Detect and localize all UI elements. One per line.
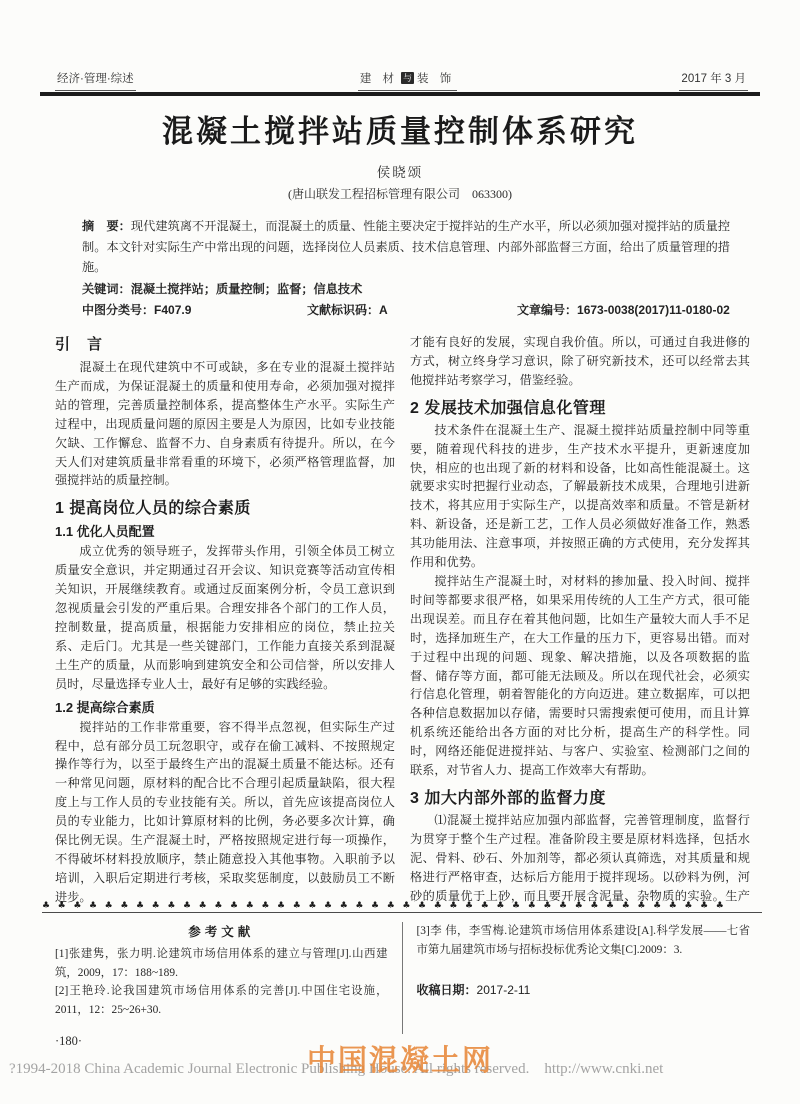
- reference-item-3: [3]李 伟，李雪梅.论建筑市场信用体系建设[A].科学发展——七省市第九届建筑…: [417, 922, 751, 959]
- abstract-text: 现代建筑离不开混凝土，而混凝土的质量、性能主要决定于搅拌站的生产水平，所以必须加…: [82, 219, 730, 274]
- author-affiliation: (唐山联发工程招标管理有限公司 063300): [0, 185, 800, 202]
- journal-name-pre: 建 材: [360, 70, 398, 86]
- section-1-heading: 1 提高岗位人员的综合素质: [55, 495, 395, 518]
- reference-item-2: [2]王艳玲.论我国建筑市场信用体系的完善[J].中国住宅设施，2011，12：…: [55, 982, 388, 1019]
- references-left-column: 参考文献 [1]张建隽，张力明.论建筑市场信用体系的建立与管理[J].山西建筑，…: [55, 922, 403, 1034]
- left-column: 引 言 混凝土在现代建筑中不可或缺，多在专业的混凝土搅拌站生产而成，为保证混凝土…: [55, 333, 395, 905]
- footnote-separator: ♣♣♣♣♣♣♣♣♣♣♣♣♣♣♣♣♣♣♣♣♣♣♣♣♣♣♣♣♣♣♣♣♣♣♣♣♣♣♣♣…: [42, 901, 762, 913]
- section-3-paragraph-1: ⑴混凝土搅拌站应加强内部监督，完善管理制度，监督行为贯穿于整个生产过程。准备阶段…: [410, 811, 750, 905]
- abstract-label: 摘 要：: [82, 219, 131, 233]
- author-name: 侯晓颂: [0, 161, 800, 181]
- section-2-paragraph-2: 搅拌站生产混凝土时，对材料的掺加量、投入时间、搅拌时间等都要求很严格，如果采用传…: [410, 572, 750, 780]
- document-code: 文献标识码：A: [307, 300, 517, 321]
- section-3-heading: 3 加大内部外部的监督力度: [410, 785, 750, 808]
- section-1-1-heading: 1.1 优化人员配置: [55, 521, 395, 540]
- article-id: 文章编号：1673-0038(2017)11-0180-02: [517, 300, 730, 321]
- article-title: 混凝土搅拌站质量控制体系研究: [0, 106, 800, 151]
- journal-logo-icon: 与: [401, 72, 414, 84]
- issue-date: 2017 年 3 月: [679, 70, 748, 91]
- keywords-text: 混凝土搅拌站；质量控制；监督；信息技术: [131, 282, 363, 296]
- page-number: ·180·: [55, 1034, 82, 1049]
- clc-number: 中图分类号：F407.9: [82, 300, 307, 321]
- received-date-value: 2017-2-11: [477, 983, 531, 997]
- right-column: 才能有良好的发展，实现自我价值。所以，可通过自我进修的方式，树立终身学习意识，除…: [410, 333, 750, 905]
- paper-page: 经济·管理·综述 建 材 与 装 饰 2017 年 3 月 混凝土搅拌站质量控制…: [0, 0, 800, 1104]
- section-1-1-paragraph: 成立优秀的领导班子，发挥带头作用，引领全体员工树立质量安全意识，并定期通过召开会…: [55, 542, 395, 693]
- journal-name: 建 材 与 装 饰: [358, 70, 457, 91]
- section-2-paragraph-1: 技术条件在混凝土生产、混凝土搅拌站质量控制中同等重要，随着现代科技的进步，生产技…: [410, 421, 750, 572]
- keywords-label: 关键词：: [82, 282, 131, 296]
- abstract-paragraph: 摘 要：现代建筑离不开混凝土，而混凝土的质量、性能主要决定于搅拌站的生产水平，所…: [82, 216, 730, 278]
- running-header: 经济·管理·综述 建 材 与 装 饰 2017 年 3 月: [55, 70, 748, 91]
- section-1-2-heading: 1.2 提高综合素质: [55, 697, 395, 716]
- keywords-line: 关键词：混凝土搅拌站；质量控制；监督；信息技术: [82, 279, 730, 300]
- reference-item-1: [1]张建隽，张力明.论建筑市场信用体系的建立与管理[J].山西建筑，2009，…: [55, 945, 388, 982]
- meta-line: 中图分类号：F407.9 文献标识码：A 文章编号：1673-0038(2017…: [82, 300, 730, 321]
- intro-paragraph: 混凝土在现代建筑中不可或缺，多在专业的混凝土搅拌站生产而成，为保证混凝土的质量和…: [55, 358, 395, 490]
- body-columns: 引 言 混凝土在现代建筑中不可或缺，多在专业的混凝土搅拌站生产而成，为保证混凝土…: [55, 333, 750, 905]
- abstract-block: 摘 要：现代建筑离不开混凝土，而混凝土的质量、性能主要决定于搅拌站的生产水平，所…: [82, 216, 730, 321]
- header-column-topic: 经济·管理·综述: [55, 70, 136, 91]
- received-date-label: 收稿日期：: [417, 983, 477, 997]
- section-1-2-paragraph-1: 搅拌站的工作非常重要，容不得半点忽视，但实际生产过程中，总有部分员工玩忽职守，或…: [55, 718, 395, 905]
- header-rule: [40, 92, 760, 96]
- intro-heading: 引 言: [55, 333, 395, 354]
- watermark: 中国混凝土网: [307, 1038, 493, 1079]
- journal-name-post: 装 饰: [417, 70, 455, 86]
- references-right-column: [3]李 伟，李雪梅.论建筑市场信用体系建设[A].科学发展——七省市第九届建筑…: [403, 922, 751, 1034]
- references-heading: 参考文献: [55, 922, 388, 940]
- section-2-heading: 2 发展技术加强信息化管理: [410, 395, 750, 418]
- received-date-line: 收稿日期：2017-2-11: [417, 981, 751, 998]
- references-section: 参考文献 [1]张建隽，张力明.论建筑市场信用体系的建立与管理[J].山西建筑，…: [55, 922, 750, 1034]
- continuation-paragraph: 才能有良好的发展，实现自我价值。所以，可通过自我进修的方式，树立终身学习意识，除…: [410, 333, 750, 390]
